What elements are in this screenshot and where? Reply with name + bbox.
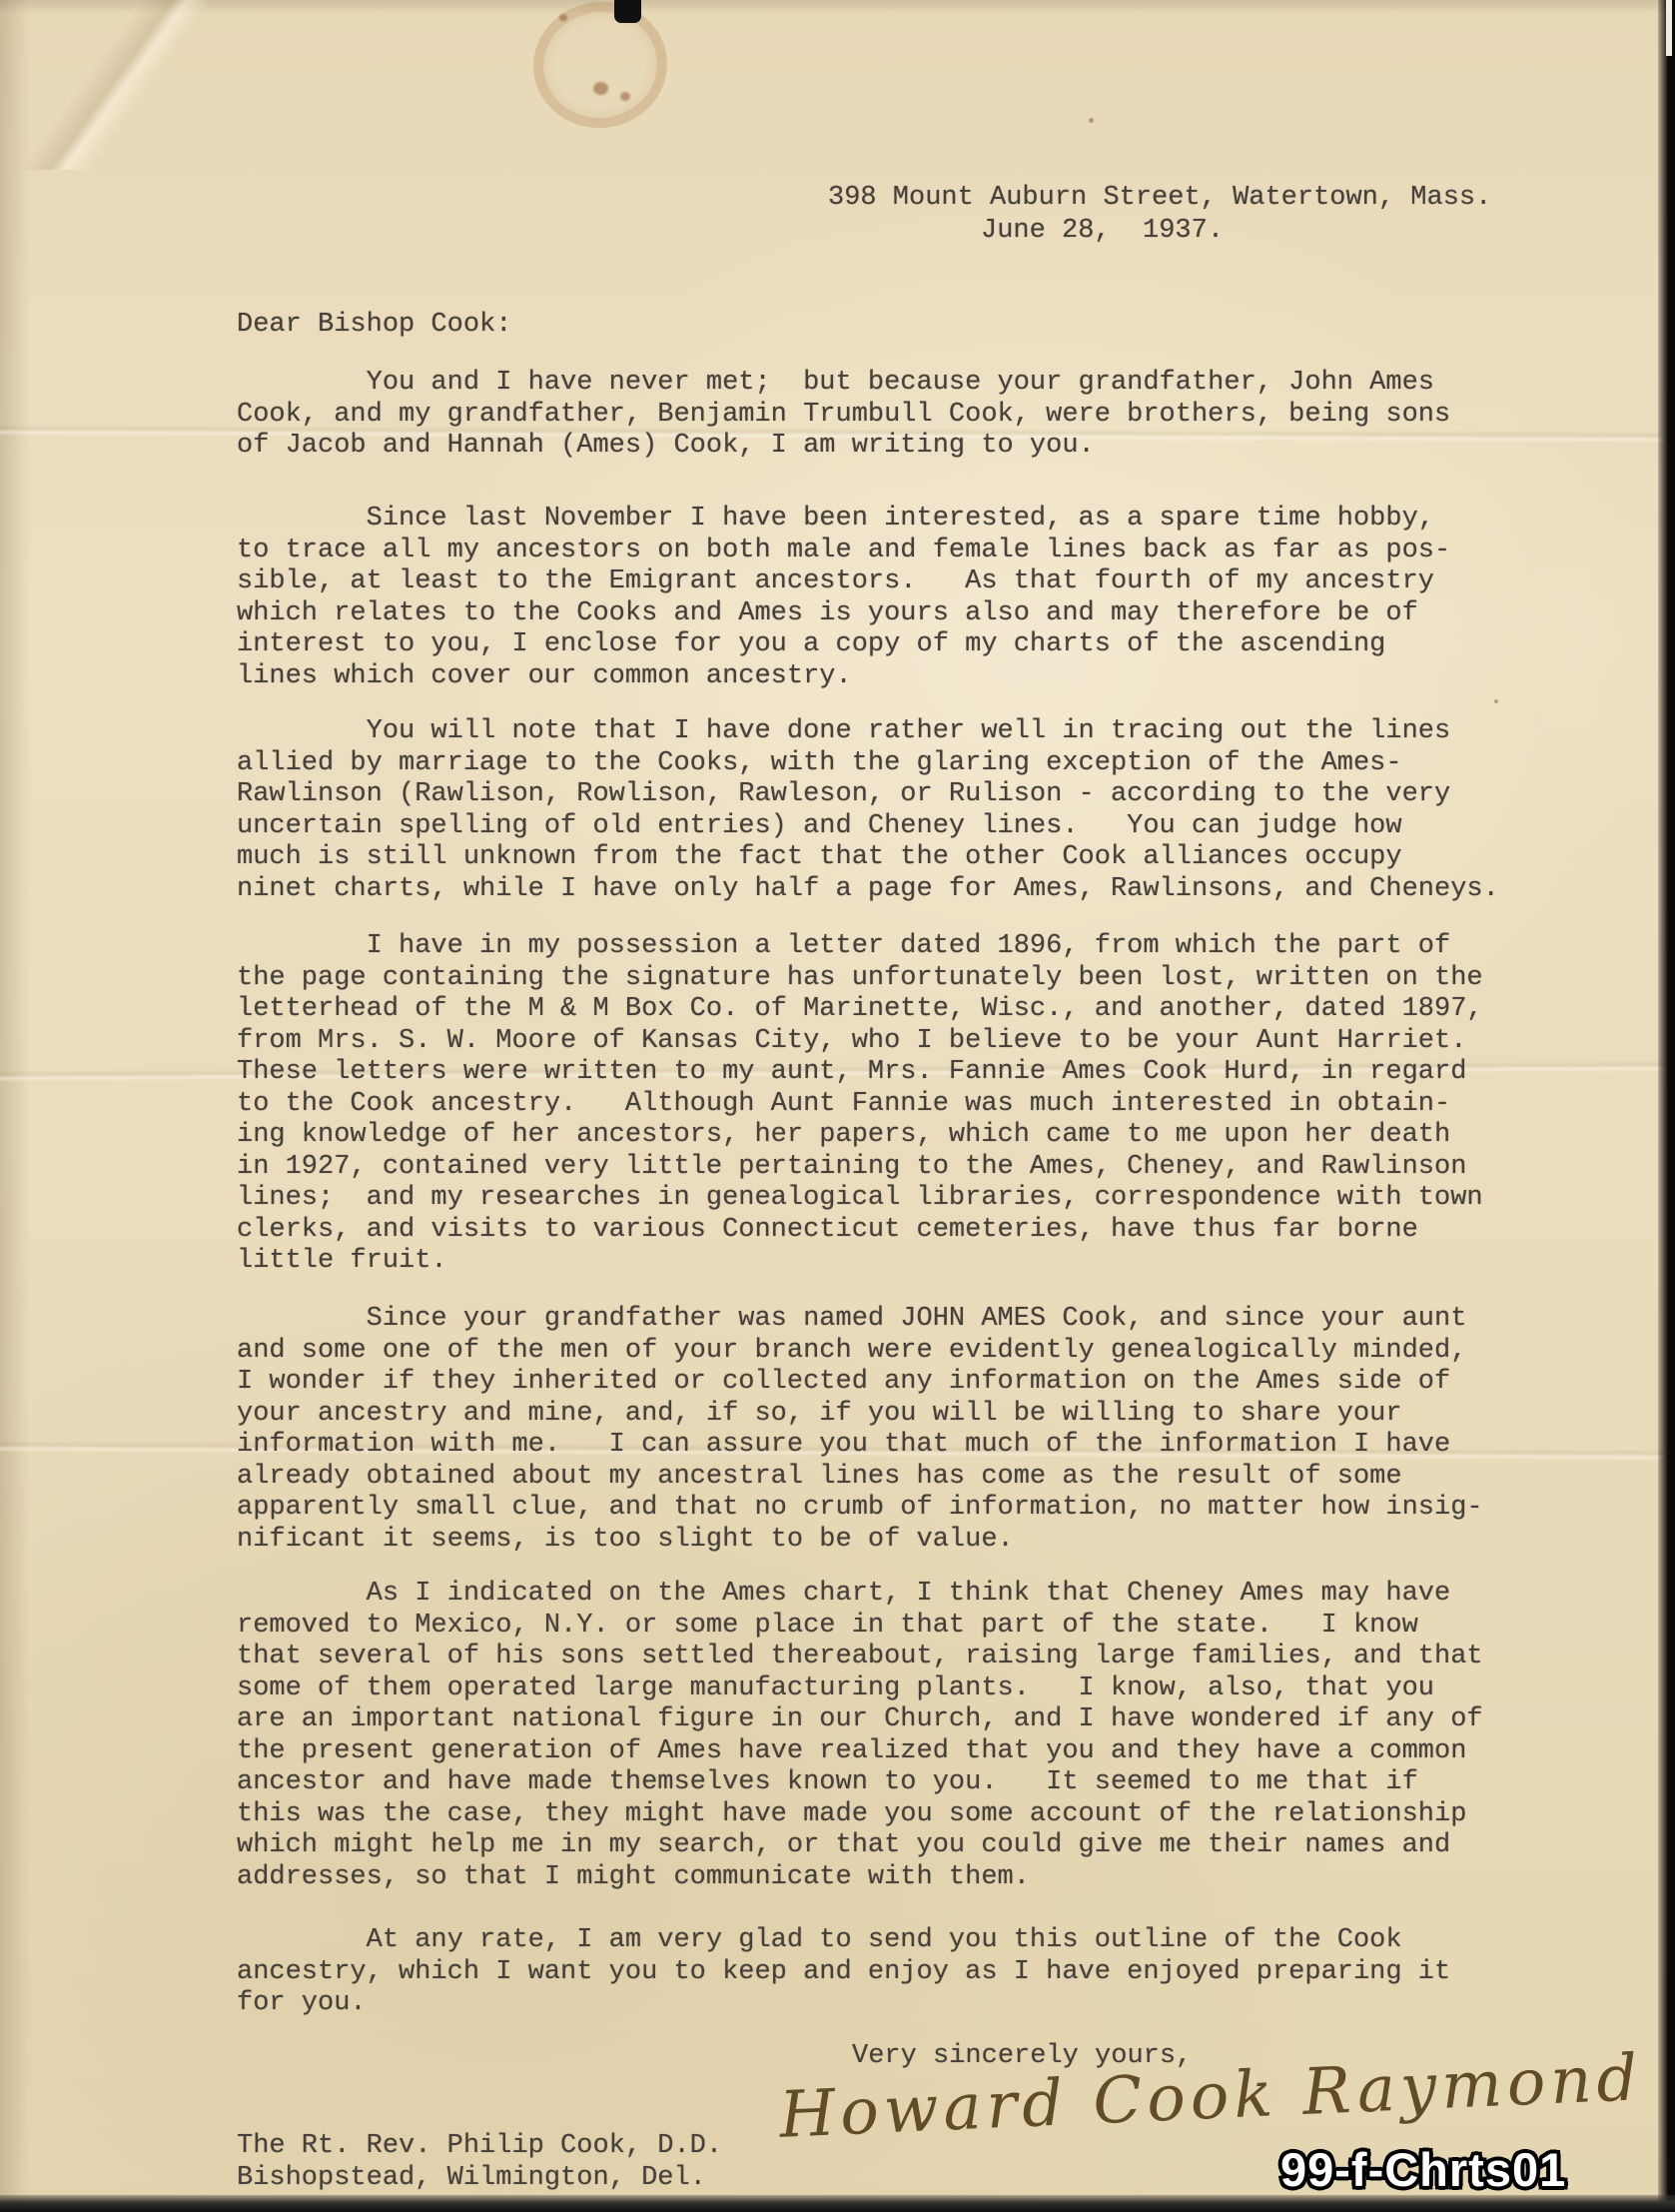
paragraph-5: Since your grandfather was named JOHN AM… xyxy=(237,1304,1483,1556)
paragraph-6: As I indicated on the Ames chart, I thin… xyxy=(237,1579,1483,1893)
sender-address: 398 Mount Auburn Street, Watertown, Mass… xyxy=(828,183,1491,215)
letter-date: June 28, 1937. xyxy=(981,216,1224,248)
paragraph-3: You will note that I have done rather we… xyxy=(237,716,1499,905)
stain-spot xyxy=(620,92,630,101)
fold-crease-top-left xyxy=(0,0,230,170)
binder-notch-mark xyxy=(614,0,641,23)
paper-speck xyxy=(1089,118,1094,123)
paragraph-1: You and I have never met; but because yo… xyxy=(237,368,1450,463)
paragraph-2: Since last November I have been interest… xyxy=(237,504,1450,692)
scanned-letter-page: 398 Mount Auburn Street, Watertown, Mass… xyxy=(0,0,1675,2212)
paragraph-7: At any rate, I am very glad to send you … xyxy=(237,1925,1450,2020)
rust-stain-ring xyxy=(525,0,675,137)
paragraph-4: I have in my possession a letter dated 1… xyxy=(237,931,1483,1278)
stain-spot xyxy=(593,82,608,95)
scan-border-bottom xyxy=(0,2195,1675,2212)
scan-border-right xyxy=(1658,0,1675,2212)
paper-speck xyxy=(1494,699,1498,703)
salutation: Dear Bishop Cook: xyxy=(237,310,511,342)
stain-spot xyxy=(559,14,567,21)
paper-edge-shading-left xyxy=(0,0,30,2212)
archive-id-label: 99-f-Chrts01 xyxy=(1280,2142,1566,2197)
scan-paper-sliver xyxy=(1666,0,1672,56)
recipient-address: The Rt. Rev. Philip Cook, D.D. Bishopste… xyxy=(237,2131,722,2194)
paper-edge-shading-top xyxy=(0,0,1675,14)
